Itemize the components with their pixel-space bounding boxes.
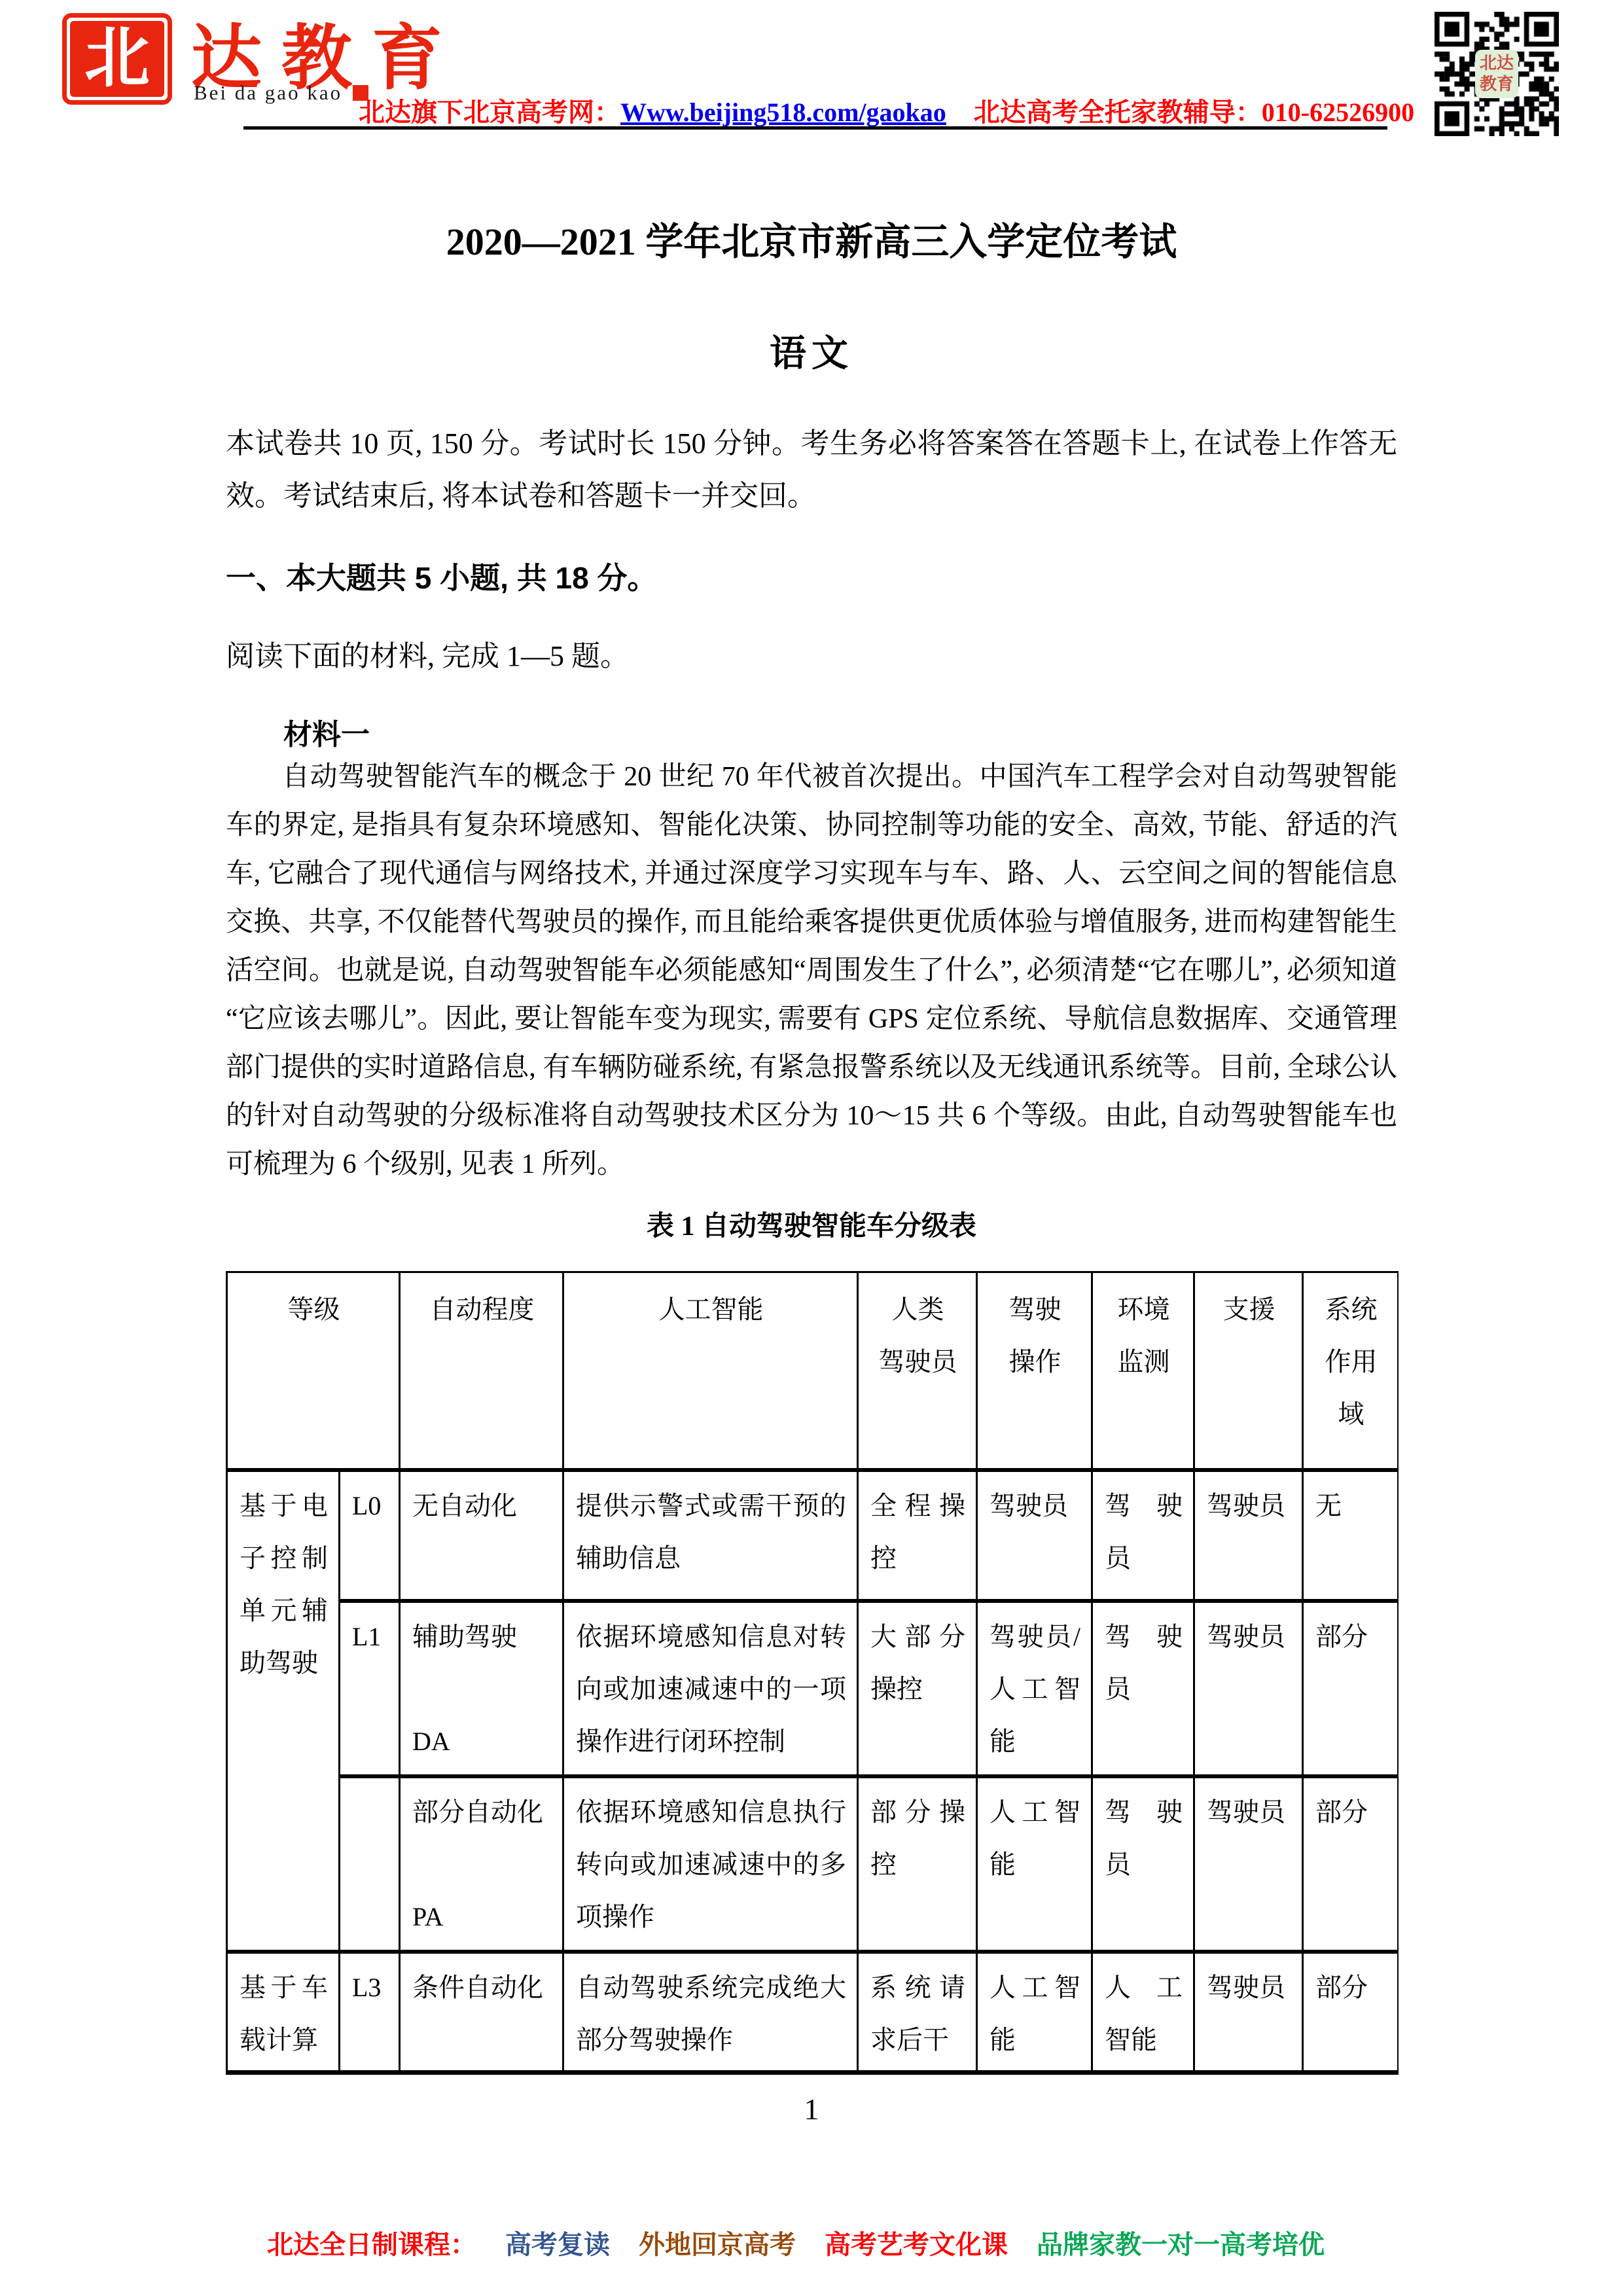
cell-env-l1: 驾驶员 <box>1092 1601 1194 1776</box>
header-driving-operation: 驾驶 操作 <box>977 1272 1092 1470</box>
table-row-l2: 部分自动化 PA 依据环境感知信息执行转向或加速减速中的多项操作 部分操控 人工… <box>227 1776 1399 1952</box>
qr-code: 北达教育 <box>1435 12 1559 136</box>
cell-human-l0: 全程操控 <box>858 1470 977 1601</box>
cell-driveop-l1: 驾驶员/人工智能 <box>977 1601 1092 1776</box>
cell-human-l3: 系统请求后干 <box>858 1952 977 2075</box>
cell-group-onboard: 基于车载计算 <box>227 1952 340 2075</box>
grading-table: 等级 自动程度 人工智能 人类 驾驶员 驾驶 操作 环境 监测 支援 系统 作用… <box>226 1271 1399 2075</box>
footer-course-huijing: 外地回京高考 <box>639 2230 796 2259</box>
header-level: 等级 <box>227 1272 400 1470</box>
cell-support-l3: 驾驶员 <box>1194 1952 1303 2075</box>
cell-domain-l1: 部分 <box>1303 1601 1399 1776</box>
cell-ai-l3: 自动驾驶系统完成绝大部分驾驶操作 <box>563 1952 858 2075</box>
cell-domain-l2: 部分 <box>1303 1776 1399 1952</box>
cell-level-l0: L0 <box>340 1470 400 1601</box>
qr-center-label: 北达教育 <box>1475 50 1518 98</box>
cell-human-l2: 部分操控 <box>858 1776 977 1952</box>
cell-ai-l0: 提供示警式或需干预的辅助信息 <box>563 1470 858 1601</box>
footer-course-line: 北达全日制课程：高考复读外地回京高考高考艺考文化课品牌家教一对一高考培优 <box>267 2224 1325 2261</box>
header-human-driver: 人类 驾驶员 <box>858 1272 977 1470</box>
footer-course-jiajiao: 品牌家教一对一高考培优 <box>1037 2230 1325 2259</box>
tutor-phone: 010-62526900 <box>1262 98 1414 127</box>
site-label: 北达旗下北京高考网： <box>359 98 620 127</box>
logo-tagline-text: Bei da gao kao <box>194 81 342 104</box>
table-row-l0: 基于电子控制单元辅助驾驶 L0 无自动化 提供示警式或需干预的辅助信息 全程操控… <box>227 1470 1399 1601</box>
exam-subject: 语文 <box>0 325 1623 377</box>
cell-ai-l1: 依据环境感知信息对转向或加速减速中的一项操作进行闭环控制 <box>563 1601 858 1776</box>
cell-domain-l3: 部分 <box>1303 1952 1399 2075</box>
cell-driveop-l2: 人工智能 <box>977 1776 1092 1952</box>
seal-character: 北 <box>84 26 150 92</box>
cell-degree-l3: 条件自动化 <box>400 1952 563 2075</box>
exam-title: 2020—2021 学年北京市新高三入学定位考试 <box>0 211 1623 266</box>
cell-domain-l0: 无 <box>1303 1470 1399 1601</box>
reading-instruction: 阅读下面的材料, 完成 1—5 题。 <box>226 630 1397 683</box>
exam-page: 北 达教育 Bei da gao kao 北达旗下北京高考网：Www.beiji… <box>0 0 1623 2296</box>
footer-label: 北达全日制课程： <box>267 2230 476 2259</box>
section-one-heading: 一、本大题共 5 小题, 共 18 分。 <box>226 552 1397 604</box>
table-row-l3: 基于车载计算 L3 条件自动化 自动驾驶系统完成绝大部分驾驶操作 系统请求后干 … <box>227 1952 1399 2075</box>
cell-human-l1: 大部分操控 <box>858 1601 977 1776</box>
header-environment-monitor: 环境 监测 <box>1092 1272 1194 1470</box>
footer-course-yikao: 高考艺考文化课 <box>825 2230 1008 2259</box>
cell-support-l1: 驾驶员 <box>1194 1601 1303 1776</box>
cell-level-l2 <box>340 1776 400 1952</box>
header-contact-line: 北达旗下北京高考网：Www.beijing518.com/gaokao北达高考全… <box>359 92 1414 129</box>
beida-seal-background: 北 <box>70 21 164 97</box>
cell-level-l1: L1 <box>340 1601 400 1776</box>
header-automation-degree: 自动程度 <box>400 1272 563 1470</box>
table-row-l1: L1 辅助驾驶 DA 依据环境感知信息对转向或加速减速中的一项操作进行闭环控制 … <box>227 1601 1399 1776</box>
header-system-domain: 系统 作用 域 <box>1303 1272 1399 1470</box>
page-number: 1 <box>0 2092 1623 2126</box>
cell-env-l2: 驾驶员 <box>1092 1776 1194 1952</box>
header-support: 支援 <box>1194 1272 1303 1470</box>
cell-support-l0: 驾驶员 <box>1194 1470 1303 1601</box>
cell-ai-l2: 依据环境感知信息执行转向或加速减速中的多项操作 <box>563 1776 858 1952</box>
grading-table-container: 等级 自动程度 人工智能 人类 驾驶员 驾驶 操作 环境 监测 支援 系统 作用… <box>226 1271 1399 2075</box>
footer-course-fudu: 高考复读 <box>505 2230 610 2259</box>
cell-env-l0: 驾驶员 <box>1092 1470 1194 1601</box>
table-caption: 表 1 自动驾驶智能车分级表 <box>0 1204 1623 1244</box>
table-header-row: 等级 自动程度 人工智能 人类 驾驶员 驾驶 操作 环境 监测 支援 系统 作用… <box>227 1272 1399 1470</box>
cell-degree-l2: 部分自动化 PA <box>400 1776 563 1952</box>
material-one-paragraph: 自动驾驶智能汽车的概念于 20 世纪 70 年代被首次提出。中国汽车工程学会对自… <box>226 753 1397 1189</box>
cell-env-l3: 人工智能 <box>1092 1952 1194 2075</box>
gaokao-site-link[interactable]: Www.beijing518.com/gaokao <box>620 98 946 127</box>
cell-level-l3: L3 <box>340 1952 400 2075</box>
header-divider-rule <box>243 126 1387 130</box>
cell-degree-l1: 辅助驾驶 DA <box>400 1601 563 1776</box>
cell-group-ecu: 基于电子控制单元辅助驾驶 <box>227 1470 340 1952</box>
logo-tagline: Bei da gao kao <box>194 81 368 105</box>
cell-degree-l0: 无自动化 <box>400 1470 563 1601</box>
cell-driveop-l0: 驾驶员 <box>977 1470 1092 1601</box>
cell-driveop-l3: 人工智能 <box>977 1952 1092 2075</box>
header-ai: 人工智能 <box>563 1272 858 1470</box>
exam-instructions: 本试卷共 10 页, 150 分。考试时长 150 分钟。考生务必将答案答在答题… <box>226 418 1397 522</box>
tutor-label: 北达高考全托家教辅导： <box>974 98 1262 127</box>
cell-support-l2: 驾驶员 <box>1194 1776 1303 1952</box>
beida-seal-icon: 北 <box>62 13 172 105</box>
